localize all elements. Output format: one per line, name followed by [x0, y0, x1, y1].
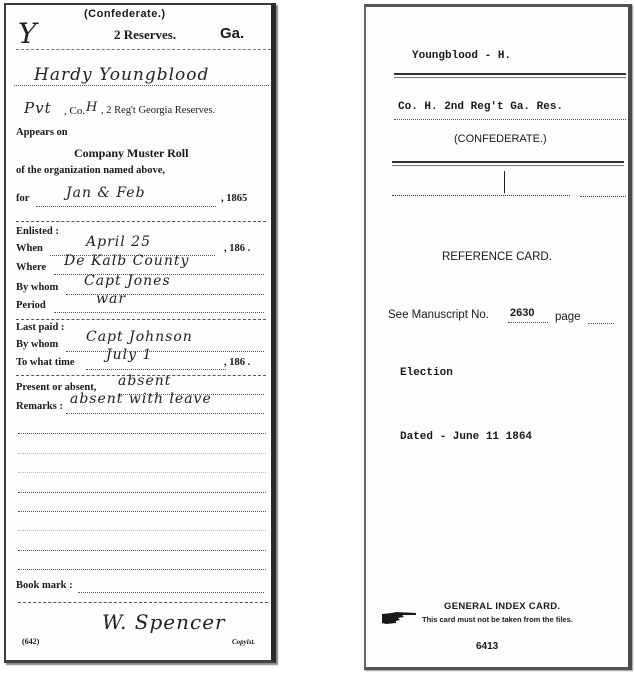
manuscript-number: 2630 — [510, 307, 534, 319]
to-what-time-line — [86, 369, 226, 370]
card-number: 6413 — [476, 641, 498, 652]
name-underline-second — [394, 77, 626, 78]
blank-line — [392, 195, 570, 196]
divider — [18, 602, 268, 603]
book-mark-label: Book mark : — [16, 580, 73, 591]
to-what-time-value: July 1 — [106, 347, 152, 363]
rank-handwritten: Pvt — [24, 99, 52, 117]
for-line — [36, 206, 216, 207]
enlisted-by-whom-value: Capt Jones — [84, 273, 171, 289]
reference-card: Youngblood - H. Co. H. 2nd Reg't Ga. Res… — [364, 4, 632, 670]
present-absent-value: absent — [118, 373, 171, 389]
to-what-time-label: To what time — [16, 357, 75, 368]
remarks-line — [66, 413, 264, 414]
vertical-divider — [504, 171, 505, 193]
for-year: , 1865 — [221, 193, 247, 204]
soldier-name: Hardy Youngblood — [34, 65, 209, 85]
confederate-header: (CONFEDERATE.) — [454, 133, 547, 145]
unit-label: 2 Reserves. — [114, 27, 176, 43]
blank-line — [18, 453, 266, 454]
where-label: Where — [16, 262, 46, 273]
where-value: De Kalb County — [64, 253, 189, 269]
paid-by-whom-label: By whom — [16, 339, 58, 350]
name-underline — [394, 73, 626, 75]
form-number: (642) — [22, 637, 39, 646]
last-paid-heading: Last paid : — [16, 322, 64, 333]
when-label: When — [16, 243, 43, 254]
period-label: Period — [16, 300, 46, 311]
muster-roll-card: (Confederate.) Y 2 Reserves. Ga. Hardy Y… — [4, 3, 276, 663]
organization-text: of the organization named above, — [16, 165, 165, 176]
manuscript-label: See Manuscript No. — [388, 309, 489, 321]
for-label: for — [16, 193, 29, 204]
blank-line — [18, 472, 266, 473]
name-line — [14, 85, 269, 86]
divider — [16, 221, 266, 222]
blank-line — [18, 492, 266, 493]
page-label: page — [555, 311, 581, 323]
subject-text: Election — [400, 367, 453, 379]
blank-line — [18, 433, 266, 434]
paid-by-whom-value: Capt Johnson — [86, 329, 193, 345]
book-mark-line — [78, 592, 264, 593]
to-what-time-year: , 186 . — [224, 357, 250, 368]
enlisted-heading: Enlisted : — [16, 226, 59, 237]
header-rule — [392, 161, 624, 163]
period-line — [54, 312, 264, 313]
when-year: , 186 . — [224, 243, 250, 254]
initial-handwritten: Y — [18, 17, 37, 50]
card-header: (Confederate.) — [84, 8, 166, 20]
remarks-value: absent with leave — [70, 391, 212, 407]
period-value: war — [96, 291, 126, 307]
page-line — [588, 323, 614, 324]
company-prefix: , Co. — [64, 105, 85, 117]
blank-line — [18, 530, 266, 531]
soldier-name: Youngblood - H. — [412, 50, 511, 62]
enlisted-by-whom-label: By whom — [16, 282, 58, 293]
divider — [16, 49, 271, 50]
state-label: Ga. — [220, 25, 244, 42]
footer-title: GENERAL INDEX CARD. — [444, 601, 560, 612]
footer-notice: This card must not be taken from the fil… — [422, 615, 573, 624]
copyist-label: Copyist. — [232, 638, 255, 646]
divider — [16, 319, 266, 320]
remarks-label: Remarks : — [16, 401, 63, 412]
copyist-signature: W. Spencer — [102, 610, 226, 634]
blank-line — [18, 550, 266, 551]
pointing-hand-icon — [382, 611, 416, 623]
manuscript-line — [508, 322, 548, 323]
blank-line — [18, 569, 266, 570]
blank-line — [18, 511, 266, 512]
for-value: Jan & Feb — [66, 185, 146, 201]
when-value: April 25 — [86, 234, 151, 250]
roll-title: Company Muster Roll — [74, 146, 188, 161]
unit-line — [394, 119, 626, 120]
company-handwritten: H — [86, 100, 98, 115]
dated-text: Dated - June 11 1864 — [400, 431, 532, 443]
unit-text: Co. H. 2nd Reg't Ga. Res. — [398, 101, 563, 113]
blank-line — [580, 196, 626, 197]
card-type-label: REFERENCE CARD. — [442, 251, 552, 263]
paid-by-whom-line — [66, 351, 264, 352]
appears-on-label: Appears on — [16, 127, 68, 138]
header-rule-second — [392, 165, 624, 166]
regiment-text: , 2 Reg't Georgia Reserves. — [101, 105, 215, 116]
